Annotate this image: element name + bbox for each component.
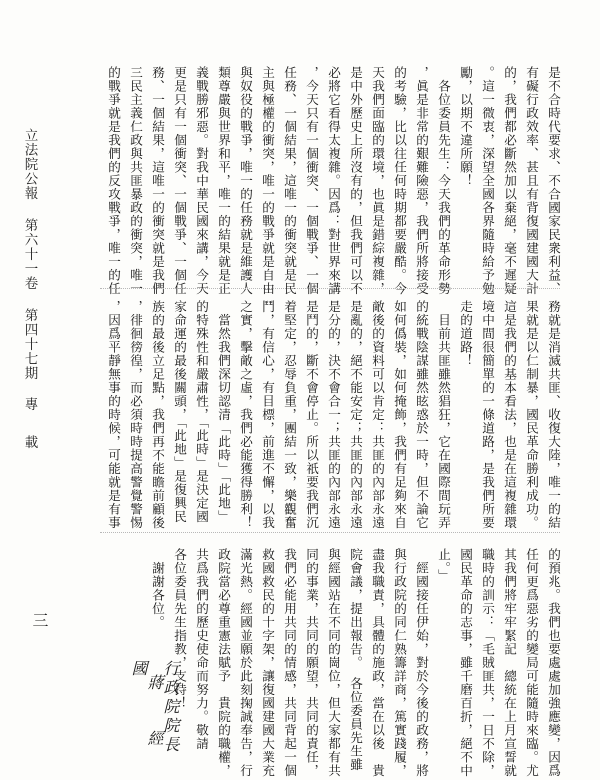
- text-column: 族的最後立足點，我們再不能瞻前顧後: [146, 300, 168, 522]
- text-column: 務、一個結果，這唯一的衝突就是我們: [146, 66, 168, 281]
- text-column: 各位委員先生：今天我們的革命形勢: [432, 66, 454, 281]
- text-column: 天我們面臨的環境，也眞是錯綜複雜，: [366, 66, 388, 281]
- text-column: 果就是以仁制暴，國民革命勝利成功。: [520, 300, 542, 522]
- text-band-top: 是不合時代要求、不合國家民衆利益、有礙行政效率、甚且有背復國建國大計的，我們都必…: [98, 66, 564, 281]
- text-column: 滿光熱。經國並願於此刻掬誠奉告，行: [234, 548, 256, 770]
- text-column: 國民革命的志事，雖千磨百折，絕不中: [454, 548, 476, 770]
- text-column: 之實，擊敵之虛，我們必能獲得勝利！: [234, 300, 256, 522]
- text-column: 院會議，提出報告。 各位委員先生雖: [344, 548, 366, 770]
- text-column: 更是只有一個衝突、一個戰爭、一個任: [168, 66, 190, 281]
- text-column: 鬥，有信心，有目標，前進不懈，以我: [256, 300, 278, 522]
- text-column: 經國接任伊始，對於今後的政務，將: [410, 548, 432, 770]
- text-column: 任務、一個結果，這唯一的衝突就是民: [278, 66, 300, 281]
- text-column: 當然我們深切認清「此時」「此地」: [212, 300, 234, 522]
- section-label-2: 載: [22, 435, 36, 450]
- text-column: 與奴役的戰爭，唯一的任務就是維護人: [234, 66, 256, 281]
- text-column: 其我們將牢牢緊記 總統在上月宣誓就: [498, 548, 520, 770]
- text-column: 有礙行政效率、甚且有背復國建國大計: [520, 66, 542, 281]
- text-column: 任何更爲惡劣的變局可能隨時來臨。尤: [520, 548, 542, 770]
- text-column: 止。」: [432, 548, 454, 770]
- text-column: 目前共匪雖然猖狂，它在國際間玩弄: [432, 300, 454, 522]
- text-column: 主與極權的衝突，唯一的戰爭就是自由: [256, 66, 278, 281]
- text-column: 與經國站在不同的崗位，但大家都有共: [322, 548, 344, 770]
- text-column: 的統戰陰謀雖然眩惑於一時，但不論它: [410, 300, 432, 522]
- band-divider: [100, 288, 560, 290]
- text-column: 同的事業，共同的願望，共同的責任，: [300, 548, 322, 770]
- text-column: 類尊嚴與世界和平，唯一的結果就是正: [212, 66, 234, 281]
- running-header: 立法院公報 第六十一卷 第四十七期 專 載: [22, 128, 36, 450]
- text-column: ，因爲平靜無事的時候，可能就是有事: [102, 300, 124, 522]
- text-column: 境中間很簡單的一條道路，是我們所要: [476, 300, 498, 522]
- publication-title: 立法院公報: [22, 128, 36, 201]
- text-column: 。這一微衷，深望全國各界隨時給予勉: [476, 66, 498, 281]
- text-column: ，眞是非常的艱難險惡，我們所將接受: [410, 66, 432, 281]
- signature-block: 行政院院長 蔣 經 國: [130, 660, 178, 780]
- text-column: 是分的，決不會合一；共匪的內部永遠: [322, 300, 344, 522]
- text-column: 與行政院的同仁熟籌詳商，篤實踐履，: [388, 548, 410, 770]
- text-column: 家命運的最後關頭，「此地」是復興民: [168, 300, 190, 522]
- text-column: 政院當必尊重憲法賦予 貴院的職權，: [212, 548, 234, 770]
- text-column: 的考驗，比以往任何時期都要嚴酷。今: [388, 66, 410, 281]
- text-column: 救國救民的十字架，讓復國建國大業充: [256, 548, 278, 770]
- volume-number: 第六十一卷: [22, 218, 36, 291]
- text-column: 的特殊性和嚴肅性，「此時」是決定國: [190, 300, 212, 522]
- issue-number: 第四十七期: [22, 308, 36, 381]
- text-column: 義戰勝邪惡。對我中華民國來講，今天: [190, 66, 212, 281]
- text-column: ，今天只有一個衝突、一個戰爭、一個: [300, 66, 322, 281]
- text-column: 共爲我們的歷史使命而努力。敬請: [190, 548, 212, 770]
- text-column: 必將它看得太複雜。因爲：對世界來講: [322, 66, 344, 281]
- text-column: 是中外歷史上所沒有的，但我們可以不: [344, 66, 366, 281]
- text-column: 勵，以期不違所願！: [454, 66, 476, 281]
- band-divider: [100, 532, 560, 534]
- text-column: 的預兆。我們也要處處加強應變，因爲: [542, 548, 564, 770]
- text-band-middle: 務就是消滅共匪、收復大陸，唯一的結果就是以仁制暴，國民革命勝利成功。這是我們的基…: [98, 300, 564, 522]
- text-column: ，徘徊徬徨，而必須時時提高警覺警惕: [124, 300, 146, 522]
- text-column: 着堅定，忍辱負重，團結一致，樂觀奮: [278, 300, 300, 522]
- signature-name: 蔣 經 國: [129, 660, 164, 780]
- text-column: 盡我職責，具體的施政，當在以後 貴: [366, 548, 388, 770]
- text-column: 的，我們都必斷然加以棄絕，毫不遲疑: [498, 66, 520, 281]
- section-label-1: 專: [22, 397, 36, 412]
- page-number: 三: [28, 612, 51, 628]
- text-column: 務就是消滅共匪、收復大陸，唯一的結: [542, 300, 564, 522]
- text-column: 三民主義仁政與共匪暴政的衝突，唯一: [124, 66, 146, 281]
- text-column: 走的道路！: [454, 300, 476, 522]
- text-column: 是亂的，絕不能安定；共匪的內部永遠: [344, 300, 366, 522]
- text-column: 是鬥的，斷不會停止。所以祇要我們沉: [300, 300, 322, 522]
- text-column: 是不合時代要求、不合國家民衆利益、: [542, 66, 564, 281]
- text-column: 職時的訓示：「毛賊匪共，一日不除，: [476, 548, 498, 770]
- text-column: 敵後的資料可以肯定：共匪的內部永遠: [366, 300, 388, 522]
- text-column: 的戰爭就是我們的反攻戰爭，唯一的任: [102, 66, 124, 281]
- text-column: 如何僞裝，如何掩飾，我們有足夠來自: [388, 300, 410, 522]
- text-column: 我們必能用共同的情感，共同背起一個: [278, 548, 300, 770]
- text-column: 這是我們的基本看法，也是在這複雜環: [498, 300, 520, 522]
